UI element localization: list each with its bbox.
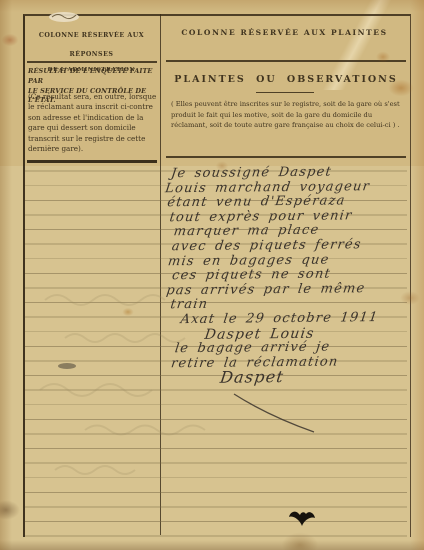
handwriting-text: Axat le 29 octobre 1911 — [180, 310, 380, 327]
result-box-bottom-rule — [27, 160, 157, 163]
result-box-body: (Ce résultat sera, en outre, lorsque le … — [28, 92, 157, 154]
handwriting-text: pas arrivés par le même — [165, 281, 366, 298]
handwritten-complaint: Je soussigné Daspet Louis marchand voyag… — [162, 165, 416, 387]
result-title-line1: RÉSULTAT DE L'ENQUÊTE FAITE PAR — [28, 67, 153, 85]
handwriting-text: train — [169, 297, 209, 312]
document-page: COLONNE RÉSERVÉE AUX RÉPONSES DE L'ADMIN… — [0, 0, 424, 550]
plaintes-box-bottom-rule — [166, 156, 406, 158]
handwriting-line-final-signature: Daspet — [164, 369, 418, 386]
left-header-line1: COLONNE RÉSERVÉE AUX RÉPONSES — [39, 32, 144, 58]
plaintes-box-body: ( Elles peuvent être inscrites sur le re… — [171, 99, 402, 131]
handwriting-text: Daspet — [219, 367, 285, 387]
right-column-header: COLONNE RÉSERVÉE AUX PLAINTES — [162, 28, 407, 37]
plaintes-title-underline — [256, 92, 314, 93]
handwriting-text: Je soussigné Daspet — [170, 165, 333, 182]
right-header-rule — [166, 60, 406, 62]
left-column-header: COLONNE RÉSERVÉE AUX RÉPONSES DE L'ADMIN… — [25, 22, 158, 73]
plaintes-box-title: PLAINTES OU OBSERVATIONS — [166, 74, 406, 85]
handwriting-text: avec des piquets ferrés — [171, 237, 363, 254]
left-header-rule — [27, 61, 157, 63]
